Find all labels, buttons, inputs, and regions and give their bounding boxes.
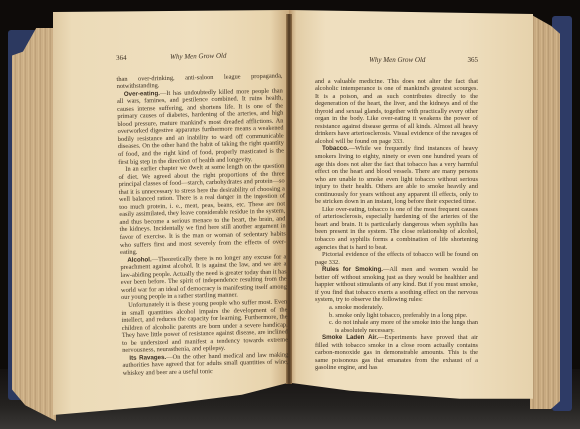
rule-item: c. do not inhale any more of the smoke i…: [329, 319, 478, 334]
paragraph-its-ravages: Its Ravages.—On the other hand medical a…: [122, 351, 288, 377]
page-number: 365: [467, 57, 478, 65]
paragraph: Like over-eating, tobacco is one of the …: [315, 206, 478, 251]
rule-item: b. smoke only light tobacco, preferably …: [329, 312, 478, 320]
right-running-head: Why Men Grow Old 365: [315, 57, 478, 65]
section-heading: Smoke Laden Air.: [322, 334, 378, 341]
page-edges-left: [12, 28, 56, 421]
section-heading: Its Ravages.: [129, 354, 166, 362]
paragraph: Pictorial evidence of the effects of tob…: [315, 251, 478, 266]
paragraph: Unfortunately it is these young people w…: [121, 298, 288, 354]
page-edges-right: [530, 14, 560, 409]
running-title: Why Men Grow Old: [369, 57, 425, 65]
section-heading: Alcohol.: [127, 256, 152, 264]
section-heading: Over-eating.: [124, 90, 160, 98]
paragraph-alcohol: Alcohol.—Theoretically there is no longe…: [120, 253, 287, 302]
paragraph-tobacco: Tobacco.—While we frequently find instan…: [315, 145, 478, 205]
paragraph: In an earlier chapter we dwelt at some l…: [118, 163, 286, 257]
section-heading: Tobacco.: [322, 145, 349, 152]
paragraph: and a valuable medicine. This does not a…: [315, 78, 478, 146]
paragraph-rules-for-smoking: Rules for Smoking.—All men and women wou…: [315, 266, 478, 304]
left-page-text: 364 Why Men Grow Old than over-drinking,…: [116, 52, 289, 378]
section-heading: Rules for Smoking.: [322, 266, 383, 273]
paragraph-smoke-laden-air: Smoke Laden Air.—Experiments have proved…: [315, 334, 478, 372]
paragraph-over-eating: Over-eating.—It has undoubtedly killed m…: [117, 87, 285, 166]
photo-scene: 364 Why Men Grow Old than over-drinking,…: [0, 0, 580, 429]
rule-item: a. smoke moderately.: [329, 304, 478, 312]
page-number: 364: [116, 55, 127, 63]
running-title: Why Men Grow Old: [170, 53, 226, 62]
right-page-text: Why Men Grow Old 365 and a valuable medi…: [315, 57, 478, 372]
smoking-rules-list: a. smoke moderately. b. smoke only light…: [315, 304, 478, 334]
